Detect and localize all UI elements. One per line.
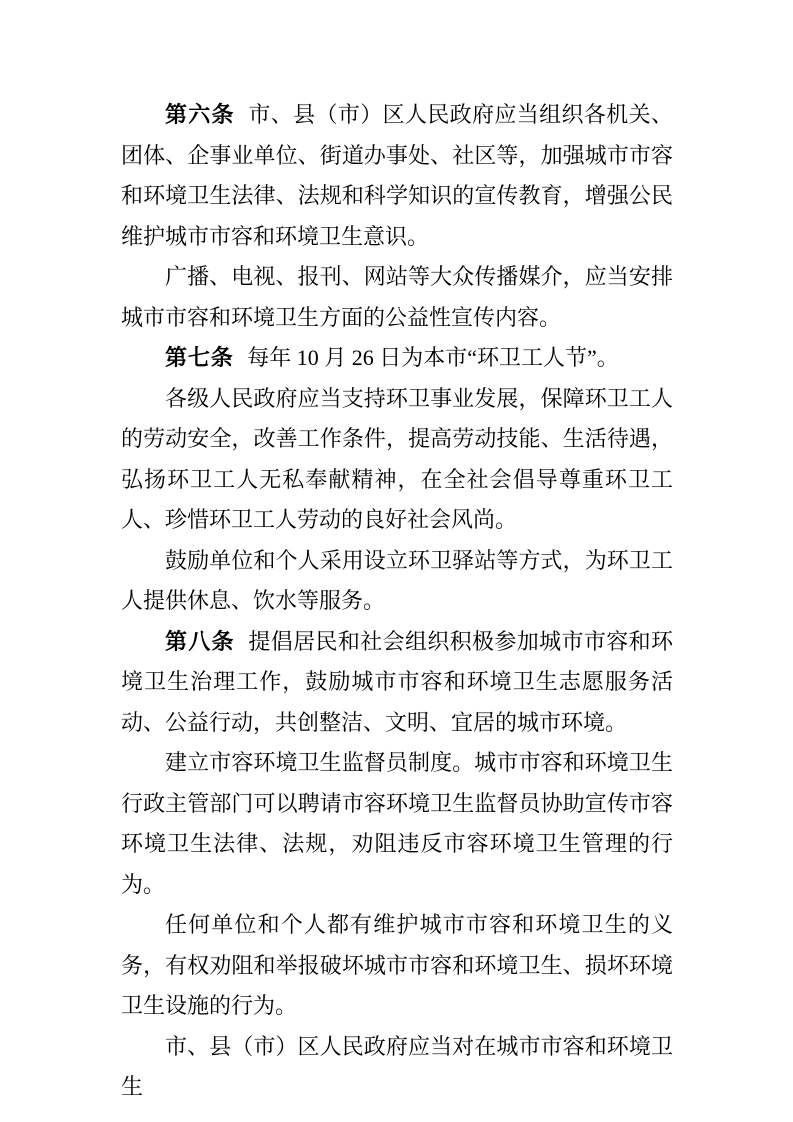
- paragraph-text: 每年 10 月 26 日为本市“环卫工人节”。: [247, 345, 619, 370]
- paragraph: 任何单位和个人都有维护城市市容和环境卫生的义务，有权劝阻和举报破坏城市市容和环境…: [121, 905, 673, 1027]
- paragraph-article-8: 第八条提倡居民和社会组织积极参加城市市容和环境卫生治理工作，鼓励城市市容和环境卫…: [121, 622, 673, 744]
- paragraph-continued: 市、县（市）区人民政府应当对在城市市容和环境卫生: [121, 1027, 673, 1108]
- document-body-text: 第六条市、县（市）区人民政府应当组织各机关、团体、企事业单位、街道办事处、社区等…: [121, 95, 673, 1108]
- paragraph-text: 广播、电视、报刊、网站等大众传播媒介，应当安排城市市容和环境卫生方面的公益性宣传…: [121, 264, 673, 330]
- article-number-label: 第六条: [165, 102, 235, 127]
- paragraph-text: 市、县（市）区人民政府应当对在城市市容和环境卫生: [121, 1034, 673, 1100]
- document-page: 第六条市、县（市）区人民政府应当组织各机关、团体、企事业单位、街道办事处、社区等…: [0, 0, 793, 1122]
- paragraph-article-6: 第六条市、县（市）区人民政府应当组织各机关、团体、企事业单位、街道办事处、社区等…: [121, 95, 673, 257]
- article-number-label: 第八条: [165, 629, 235, 654]
- paragraph: 建立市容环境卫生监督员制度。城市市容和环境卫生行政主管部门可以聘请市容环境卫生监…: [121, 743, 673, 905]
- paragraph: 鼓励单位和个人采用设立环卫驿站等方式，为环卫工人提供休息、饮水等服务。: [121, 541, 673, 622]
- paragraph-text: 建立市容环境卫生监督员制度。城市市容和环境卫生行政主管部门可以聘请市容环境卫生监…: [121, 750, 673, 897]
- paragraph-text: 任何单位和个人都有维护城市市容和环境卫生的义务，有权劝阻和举报破坏城市市容和环境…: [121, 912, 673, 1018]
- article-number-label: 第七条: [165, 345, 234, 370]
- paragraph: 各级人民政府应当支持环卫事业发展，保障环卫工人的劳动安全，改善工作条件，提高劳动…: [121, 379, 673, 541]
- paragraph: 广播、电视、报刊、网站等大众传播媒介，应当安排城市市容和环境卫生方面的公益性宣传…: [121, 257, 673, 338]
- paragraph-text: 各级人民政府应当支持环卫事业发展，保障环卫工人的劳动安全，改善工作条件，提高劳动…: [121, 386, 673, 533]
- paragraph-article-7: 第七条每年 10 月 26 日为本市“环卫工人节”。: [121, 338, 673, 379]
- paragraph-text: 鼓励单位和个人采用设立环卫驿站等方式，为环卫工人提供休息、饮水等服务。: [121, 548, 673, 614]
